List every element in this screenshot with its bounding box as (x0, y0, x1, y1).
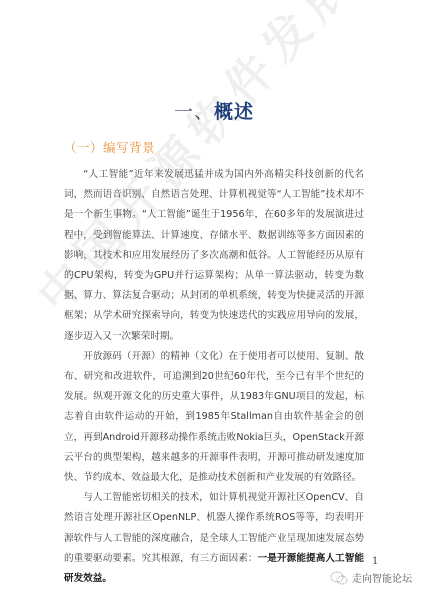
chapter-title-text: 概述 (214, 101, 254, 123)
wechat-icon (330, 571, 348, 585)
chapter-number: 一、 (174, 101, 214, 123)
document-page: 一、概述 （一）编写背景 “人工智能”近年来发展迅猛并成为国内外高精尖科技创新的… (0, 0, 428, 605)
brand-name: 走向智能论坛 (352, 570, 412, 585)
footer-brand: 走向智能论坛 (330, 570, 412, 585)
paragraph-3: 与人工智能密切相关的技术，如计算机视觉开源社区OpenCV、自然语言处理开源社区… (64, 488, 364, 589)
body-text: “人工智能”近年来发展迅猛并成为国内外高精尖科技创新的代名词，然而语音识别、自然… (64, 165, 364, 589)
paragraph-2: 开放源码（开源）的精神（文化）在于使用者可以使用、复制、散布、研究和改进软件，可… (64, 347, 364, 488)
paragraph-1: “人工智能”近年来发展迅猛并成为国内外高精尖科技创新的代名词，然而语音识别、自然… (64, 165, 364, 347)
chapter-title: 一、概述 (0, 97, 428, 124)
section-title: （一）编写背景 (64, 138, 155, 156)
page-number: 1 (372, 556, 378, 567)
